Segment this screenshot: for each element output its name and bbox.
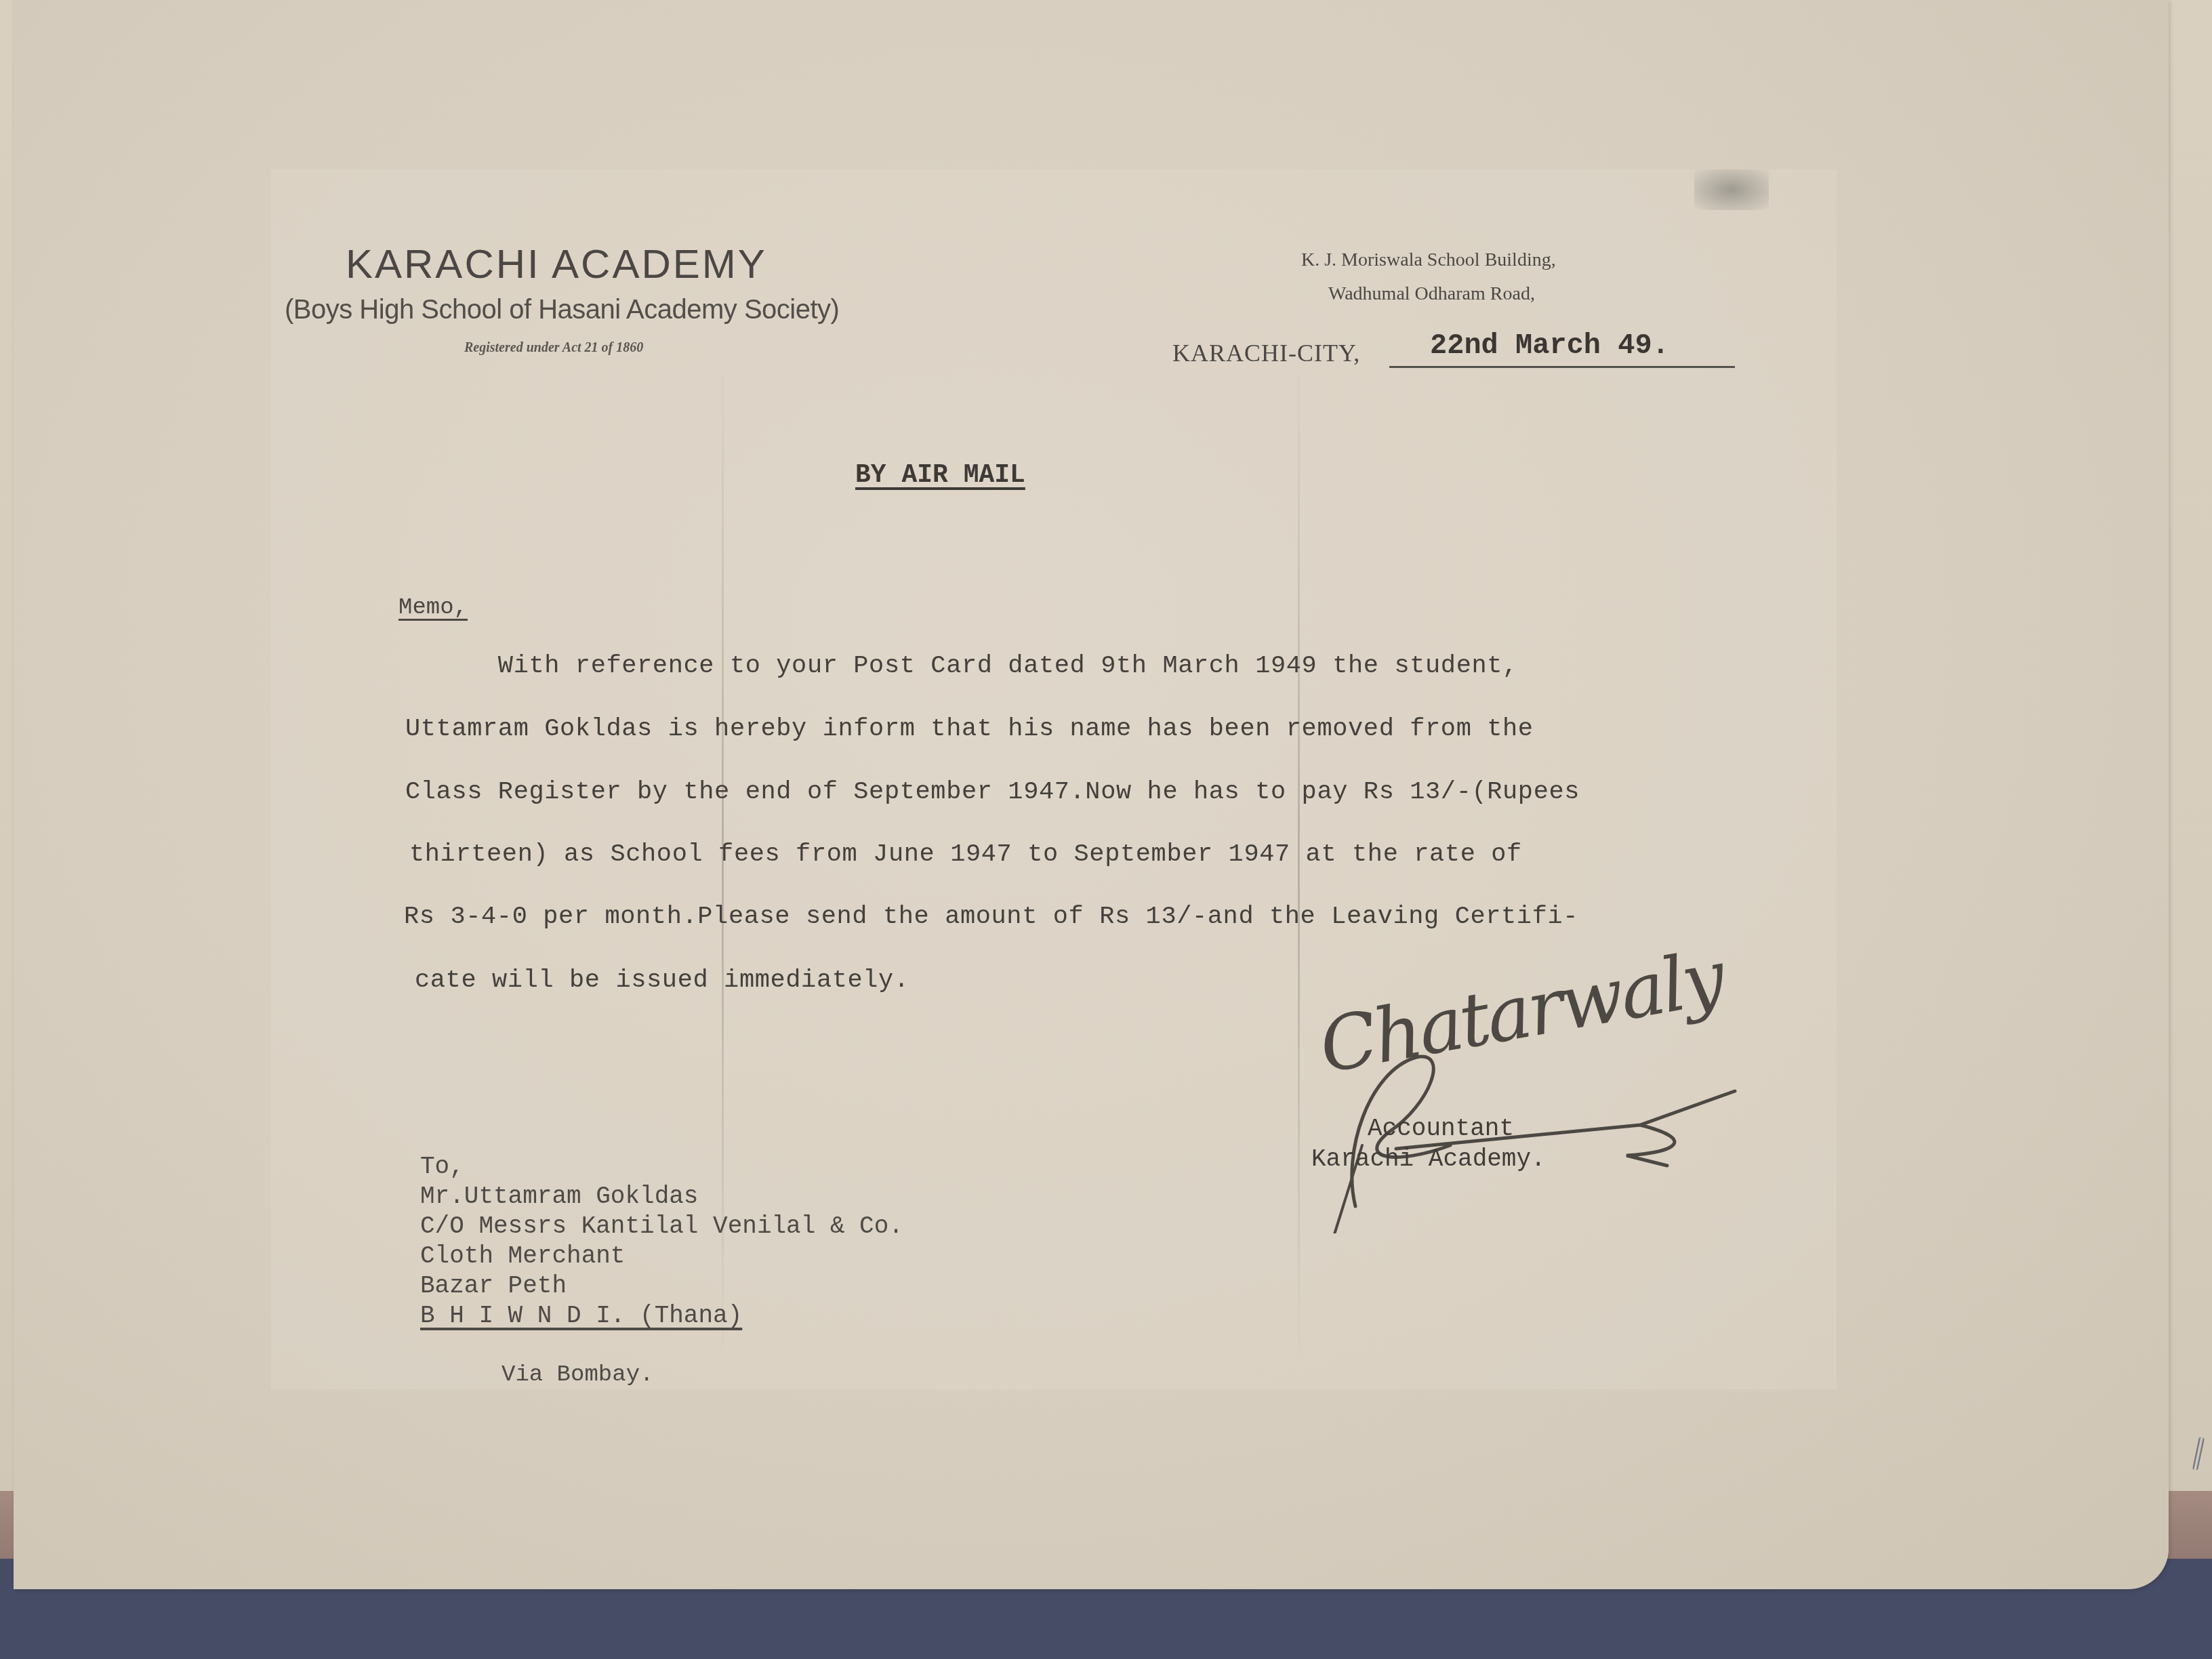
recipient-street: Bazar Peth [420, 1271, 903, 1301]
recipient-occupation: Cloth Merchant [420, 1242, 903, 1271]
letter-date: 22nd March 49. [1389, 329, 1735, 368]
body-line-4: thirteen) as School fees from June 1947 … [409, 840, 1522, 869]
recipient-name: Mr.Uttamram Gokldas [420, 1182, 903, 1212]
address-line-1: K. J. Moriswala School Building, [1301, 249, 1556, 271]
recipient-town: B H I W N D I. (Thana) [420, 1301, 903, 1331]
body-line-2: Uttamram Gokldas is hereby inform that h… [405, 715, 1534, 743]
signatory-organization: Karachi Academy. [1311, 1145, 1546, 1173]
body-line-5: Rs 3-4-0 per month.Please send the amoun… [404, 903, 1578, 931]
body-line-6: cate will be issued immediately. [415, 966, 909, 995]
signatory-title: Accountant [1368, 1115, 1514, 1143]
memo-salutation: Memo, [398, 595, 468, 621]
institution-name: KARACHI ACADEMY [346, 241, 767, 287]
air-mail-heading: BY AIR MAIL [855, 461, 1025, 490]
routing-note: Via Bombay. [501, 1362, 653, 1388]
to-label: To, [420, 1152, 903, 1182]
recipient-care-of: C/O Messrs Kantilal Venilal & Co. [420, 1212, 903, 1242]
body-line-1: With reference to your Post Card dated 9… [405, 652, 1518, 680]
recipient-address: To,Mr.Uttamram GokldasC/O Messrs Kantila… [420, 1152, 903, 1331]
institution-subtitle: (Boys High School of Hasani Academy Soci… [285, 295, 839, 325]
body-line-3: Class Register by the end of September 1… [405, 778, 1580, 806]
toner-smudge [1694, 169, 1769, 210]
address-line-2: Wadhumal Odharam Road, [1328, 283, 1535, 305]
registration-note: Registered under Act 21 of 1860 [464, 340, 643, 356]
city-label: KARACHI-CITY, [1172, 339, 1360, 367]
